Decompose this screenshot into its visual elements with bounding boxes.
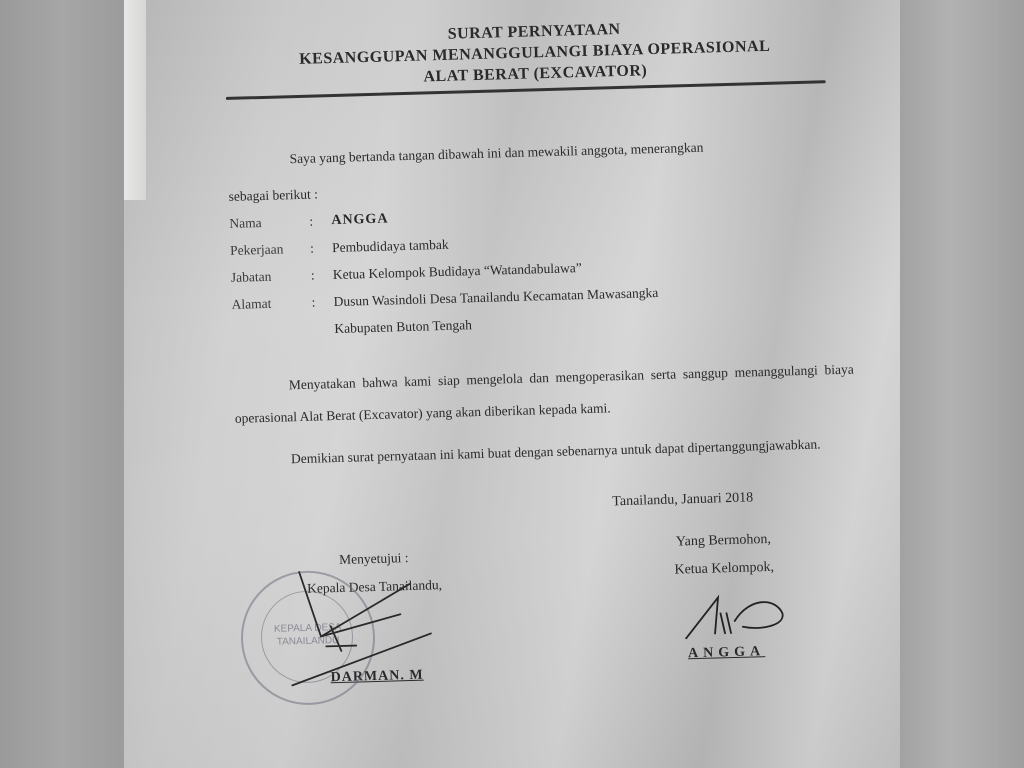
statement-paragraph: Menyatakan bahwa kami siap mengelola dan… bbox=[234, 354, 856, 435]
applicant-line-1: Yang Bermohon, bbox=[658, 525, 789, 557]
blurred-background-left bbox=[0, 0, 124, 768]
applicant-signature-mark bbox=[680, 591, 791, 644]
identity-fields: Nama : ANGGA Pekerjaan : Pembudidaya tam… bbox=[229, 204, 659, 351]
document-photo: SURAT PERNYATAAN KESANGGUPAN MENANGGULAN… bbox=[124, 0, 900, 768]
intro-continuation: sebagai berikut : bbox=[228, 169, 848, 208]
field-label: Jabatan bbox=[231, 268, 312, 297]
applicant-line-2: Ketua Kelompok, bbox=[659, 553, 790, 585]
field-colon: : bbox=[310, 240, 333, 268]
statement-letter: SURAT PERNYATAAN KESANGGUPAN MENANGGULAN… bbox=[224, 13, 863, 717]
paper-edge bbox=[124, 0, 146, 200]
signature-section: Tanailandu, Januari 2018 Yang Bermohon, … bbox=[237, 480, 863, 717]
field-label: Alamat bbox=[231, 295, 312, 324]
applicant-signature-block: Yang Bermohon, Ketua Kelompok, ANGGA bbox=[658, 525, 792, 669]
field-colon: : bbox=[311, 294, 334, 322]
field-label: Nama bbox=[229, 214, 310, 243]
approver-signature-mark bbox=[279, 563, 452, 688]
intro-text: Saya yang bertanda tangan dibawah ini da… bbox=[227, 133, 847, 172]
field-label bbox=[232, 322, 313, 351]
field-colon: : bbox=[309, 213, 332, 241]
approver-signature-block: Menyetujui : Kepala Desa Tanailandu, KEP… bbox=[288, 543, 462, 694]
field-colon: : bbox=[311, 267, 334, 295]
letter-title: SURAT PERNYATAAN KESANGGUPAN MENANGGULAN… bbox=[224, 13, 846, 93]
blurred-background-right bbox=[900, 0, 1024, 768]
closing-paragraph: Demikian surat pernyataan ini kami buat … bbox=[236, 428, 857, 477]
field-label: Pekerjaan bbox=[230, 241, 311, 270]
field-colon bbox=[312, 321, 335, 349]
place-date: Tanailandu, Januari 2018 bbox=[612, 490, 753, 510]
